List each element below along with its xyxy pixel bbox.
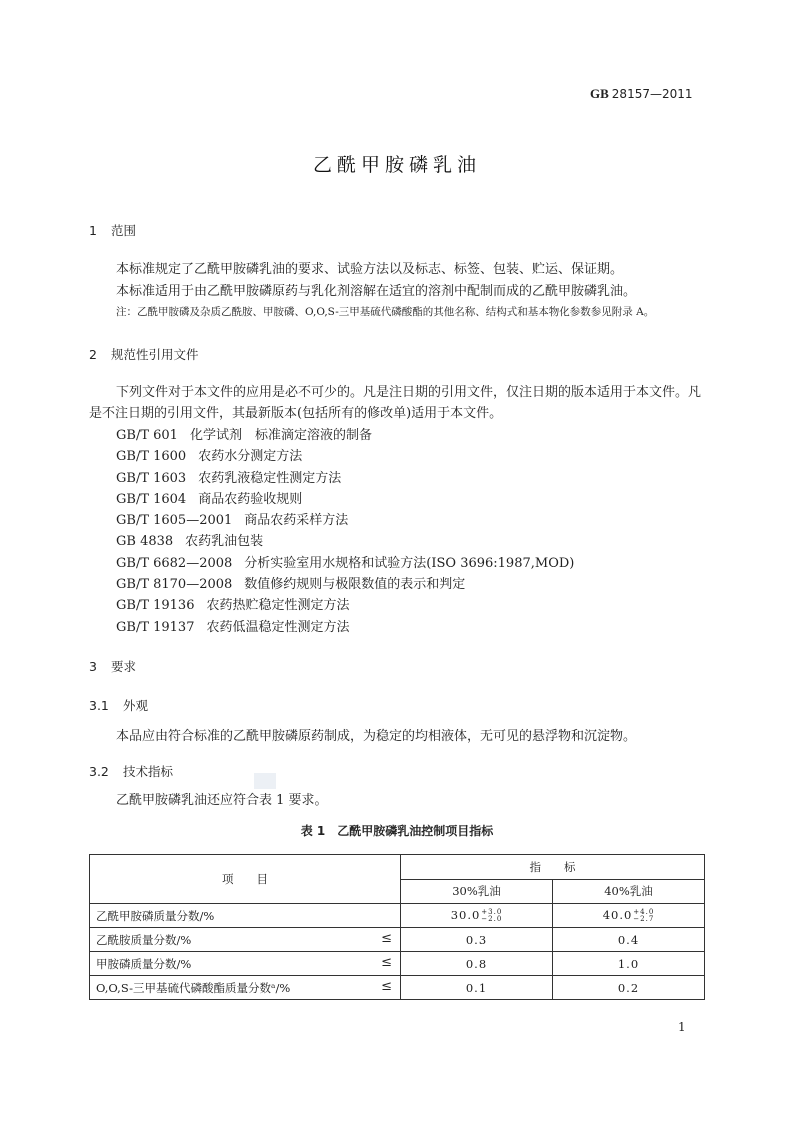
header-col-40: 40%乳油 — [553, 879, 705, 904]
reference-item: GB/T 1600农药水分测定方法 — [116, 446, 574, 467]
section-3-2-heading: 3.2技术指标 — [89, 762, 173, 780]
section-3-1-text: 本品应由符合标准的乙酰甲胺磷原药制成，为稳定的均相液体，无可见的悬浮物和沉淀物。 — [89, 726, 705, 747]
value-40: 40.0+4.0−2.7 — [553, 904, 705, 928]
table-row: 乙酰甲胺磷质量分数/% 30.0+3.0−2.0 40.0+4.0−2.7 — [90, 904, 705, 928]
section-1-note: 注：乙酰甲胺磷及杂质乙酰胺、甲胺磷、O,O,S-三甲基硫代磷酸酯的其他名称、结构… — [116, 304, 716, 319]
row-label: 乙酰胺质量分数/%≤ — [90, 928, 401, 952]
reference-item: GB 4838农药乳油包装 — [116, 531, 574, 552]
header-item: 项 目 — [90, 855, 401, 904]
less-equal-symbol: ≤ — [381, 979, 392, 994]
section-2-intro: 下列文件对于本文件的应用是必不可少的。凡是注日期的引用文件，仅注日期的版本适用于… — [89, 382, 705, 424]
section-1-paragraph-1: 本标准规定了乙酰甲胺磷乳油的要求、试验方法以及标志、标签、包装、贮运、保证期。 — [89, 259, 705, 280]
document-title: 乙酰甲胺磷乳油 — [0, 150, 794, 177]
standard-code: GB28157—2011 — [590, 86, 693, 102]
reference-item: GB/T 19137农药低温稳定性测定方法 — [116, 617, 574, 638]
standard-prefix: GB — [590, 86, 609, 101]
spec-table: 项 目 指 标 30%乳油 40%乳油 乙酰甲胺磷质量分数/% 30.0+3.0… — [89, 854, 705, 1000]
value-40: 1.0 — [553, 952, 705, 976]
header-index: 指 标 — [401, 855, 705, 880]
reference-item: GB/T 1605—2001商品农药采样方法 — [116, 510, 574, 531]
less-equal-symbol: ≤ — [381, 931, 392, 946]
value-40: 0.4 — [553, 928, 705, 952]
watermark-logo — [254, 773, 276, 789]
reference-item: GB/T 1603农药乳液稳定性测定方法 — [116, 468, 574, 489]
table-row: 甲胺磷质量分数/%≤ 0.8 1.0 — [90, 952, 705, 976]
page-number: 1 — [678, 1020, 686, 1034]
less-equal-symbol: ≤ — [381, 955, 392, 970]
reference-item: GB/T 1604商品农药验收规则 — [116, 489, 574, 510]
row-label: O,O,S-三甲基硫代磷酸酯质量分数ᵃ/%≤ — [90, 976, 401, 1000]
value-30: 30.0+3.0−2.0 — [401, 904, 553, 928]
value-30: 0.8 — [401, 952, 553, 976]
standard-number: 28157—2011 — [612, 87, 693, 101]
table-row: O,O,S-三甲基硫代磷酸酯质量分数ᵃ/%≤ 0.1 0.2 — [90, 976, 705, 1000]
value-30: 0.1 — [401, 976, 553, 1000]
section-1-heading: 1范围 — [89, 221, 136, 239]
value-40: 0.2 — [553, 976, 705, 1000]
table-caption: 表 1 乙酰甲胺磷乳油控制项目指标 — [0, 822, 794, 839]
row-label: 乙酰甲胺磷质量分数/% — [90, 904, 401, 928]
section-3-heading: 3要求 — [89, 657, 136, 675]
reference-item: GB/T 8170—2008数值修约规则与极限数值的表示和判定 — [116, 574, 574, 595]
reference-item: GB/T 6682—2008分析实验室用水规格和试验方法(ISO 3696:19… — [116, 553, 574, 574]
section-3-2-text: 乙酰甲胺磷乳油还应符合表 1 要求。 — [89, 790, 705, 811]
section-2-heading: 2规范性引用文件 — [89, 345, 199, 363]
section-1-paragraph-2: 本标准适用于由乙酰甲胺磷原药与乳化剂溶解在适宜的溶剂中配制而成的乙酰甲胺磷乳油。 — [89, 281, 705, 302]
value-30: 0.3 — [401, 928, 553, 952]
reference-item: GB/T 601化学试剂 标准滴定溶液的制备 — [116, 425, 574, 446]
reference-item: GB/T 19136农药热贮稳定性测定方法 — [116, 595, 574, 616]
section-3-1-heading: 3.1外观 — [89, 696, 148, 714]
table-row: 乙酰胺质量分数/%≤ 0.3 0.4 — [90, 928, 705, 952]
reference-list: GB/T 601化学试剂 标准滴定溶液的制备 GB/T 1600农药水分测定方法… — [116, 425, 574, 638]
row-label: 甲胺磷质量分数/%≤ — [90, 952, 401, 976]
header-col-30: 30%乳油 — [401, 879, 553, 904]
